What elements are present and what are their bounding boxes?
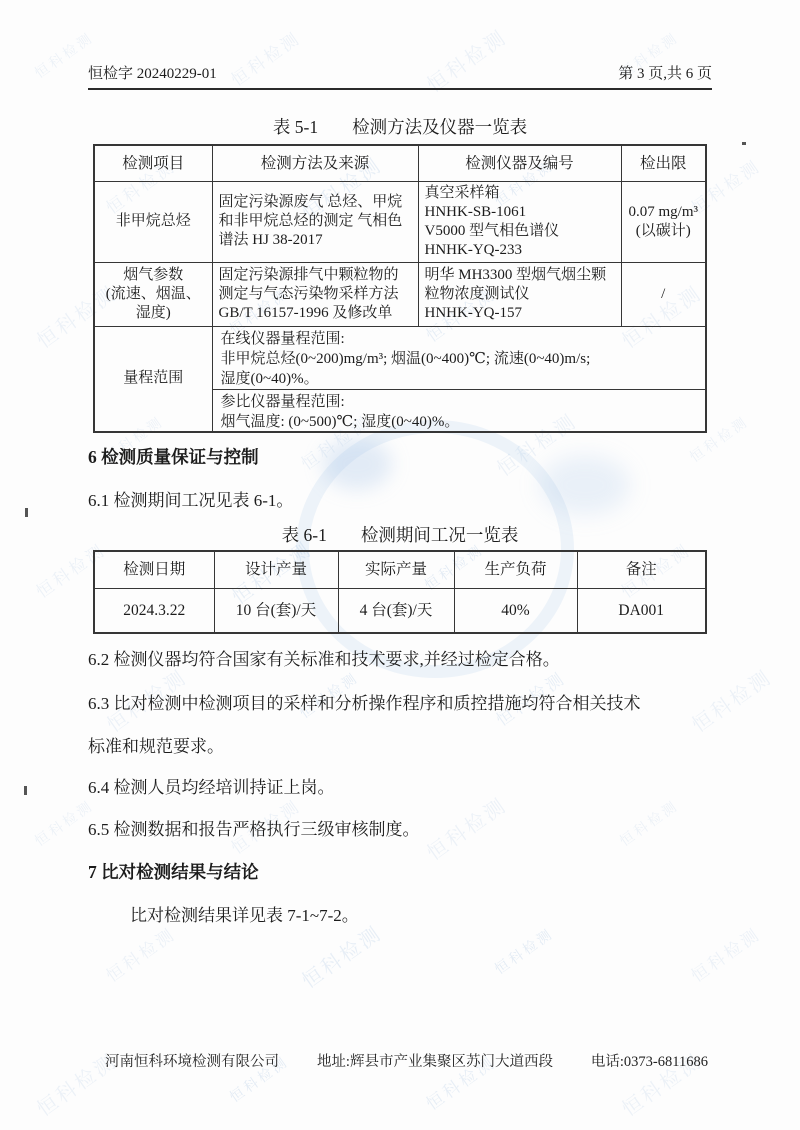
paragraph-6-4: 6.4 检测人员均经培训持证上岗。	[88, 774, 712, 802]
table51-caption: 表 5-1检测方法及仪器一览表	[88, 114, 712, 139]
col-header-instrument: 检测仪器及编号	[418, 145, 621, 181]
paragraph-6-5: 6.5 检测数据和报告严格执行三级审核制度。	[88, 816, 712, 844]
report-page: 恒科检测恒科检测恒科检测恒科检测恒科检测恒科检测恒科检测恒科检测恒科检测恒科检测…	[0, 0, 800, 1130]
page-header: 恒检字 20240229-01 第 3 页,共 6 页	[88, 62, 712, 90]
table-row: 2024.3.22 10 台(套)/天 4 台(套)/天 40% DA001	[94, 589, 706, 633]
table-header-row: 检测项目 检测方法及来源 检测仪器及编号 检出限	[94, 145, 706, 181]
paragraph-6-1: 6.1 检测期间工况见表 6-1。	[88, 487, 712, 515]
footer-address: 地址:辉县市产业集聚区苏门大道西段	[317, 1050, 553, 1071]
table51-caption-label: 表 5-1	[273, 117, 318, 137]
cell-item: 烟气参数 (流速、烟温、 湿度)	[94, 262, 212, 326]
cell-method: 固定污染源排气中颗粒物的 测定与气态污染物采样方法 GB/T 16157-199…	[212, 262, 418, 326]
table61-caption: 表 6-1检测期间工况一览表	[88, 522, 712, 547]
cell-load: 40%	[454, 589, 577, 633]
cell-limit: 0.07 mg/m³ (以碳计)	[621, 181, 706, 262]
col-header-method: 检测方法及来源	[212, 145, 418, 181]
section6-heading: 6 检测质量保证与控制	[88, 444, 712, 470]
working-conditions-table: 检测日期 设计产量 实际产量 生产负荷 备注 2024.3.22 10 台(套)…	[93, 550, 707, 634]
col-header-actual-output: 实际产量	[338, 551, 454, 589]
table-header-row: 检测日期 设计产量 实际产量 生产负荷 备注	[94, 551, 706, 589]
watermark-text: 恒科检测	[100, 920, 180, 986]
watermark-text: 恒科检测	[490, 923, 557, 978]
paragraph-6-2: 6.2 检测仪器均符合国家有关标准和技术要求,并经过检定合格。	[88, 646, 712, 674]
paragraph-7-1: 比对检测结果详见表 7-1~7-2。	[88, 902, 712, 930]
cell-remark: DA001	[577, 589, 706, 633]
cell-instrument: 明华 MH3300 型烟气烟尘颗 粒物浓度测试仪 HNHK-YQ-157	[418, 262, 621, 326]
cell-item: 非甲烷总烃	[94, 181, 212, 262]
table-row: 非甲烷总烃 固定污染源废气 总烃、甲烷 和非甲烷总烃的测定 气相色 谱法 HJ …	[94, 181, 706, 262]
table61-caption-label: 表 6-1	[282, 525, 327, 545]
cell-date: 2024.3.22	[94, 589, 214, 633]
page-footer: 河南恒科环境检测有限公司 地址:辉县市产业集聚区苏门大道西段 电话:0373-6…	[0, 1050, 800, 1071]
table61-caption-title: 检测期间工况一览表	[361, 525, 519, 545]
table51-caption-title: 检测方法及仪器一览表	[352, 117, 527, 137]
reference-instrument-range: 参比仪器量程范围: 烟气温度: (0~500)℃; 湿度(0~40)%。	[213, 389, 706, 431]
page-number: 第 3 页,共 6 页	[618, 62, 712, 83]
cell-range-values: 在线仪器量程范围: 非甲烷总烃(0~200)mg/m³; 烟温(0~400)℃;…	[212, 326, 706, 432]
watermark-text: 恒科检测	[685, 920, 765, 986]
cell-range-label: 量程范围	[94, 326, 212, 432]
paragraph-6-3: 6.3 比对检测中检测项目的采样和分析操作程序和质控措施均符合相关技术 标准和规…	[88, 682, 712, 768]
cell-limit: /	[621, 262, 706, 326]
footer-phone: 电话:0373-6811686	[591, 1050, 708, 1071]
methods-instruments-table: 检测项目 检测方法及来源 检测仪器及编号 检出限 非甲烷总烃 固定污染源废气 总…	[93, 144, 707, 433]
col-header-design-output: 设计产量	[214, 551, 338, 589]
cell-instrument: 真空采样箱 HNHK-SB-1061 V5000 型气相色谱仪 HNHK-YQ-…	[418, 181, 621, 262]
col-header-item: 检测项目	[94, 145, 212, 181]
footer-company: 河南恒科环境检测有限公司	[105, 1050, 279, 1071]
col-header-date: 检测日期	[94, 551, 214, 589]
online-instrument-range: 在线仪器量程范围: 非甲烷总烃(0~200)mg/m³; 烟温(0~400)℃;…	[213, 327, 706, 389]
col-header-remark: 备注	[577, 551, 706, 589]
section7-heading: 7 比对检测结果与结论	[88, 859, 712, 885]
col-header-load: 生产负荷	[454, 551, 577, 589]
cell-design-output: 10 台(套)/天	[214, 589, 338, 633]
col-header-limit: 检出限	[621, 145, 706, 181]
cell-method: 固定污染源废气 总烃、甲烷 和非甲烷总烃的测定 气相色 谱法 HJ 38-201…	[212, 181, 418, 262]
table-row-range: 量程范围 在线仪器量程范围: 非甲烷总烃(0~200)mg/m³; 烟温(0~4…	[94, 326, 706, 432]
document-number: 恒检字 20240229-01	[88, 62, 217, 83]
cell-actual-output: 4 台(套)/天	[338, 589, 454, 633]
table-row: 烟气参数 (流速、烟温、 湿度) 固定污染源排气中颗粒物的 测定与气态污染物采样…	[94, 262, 706, 326]
